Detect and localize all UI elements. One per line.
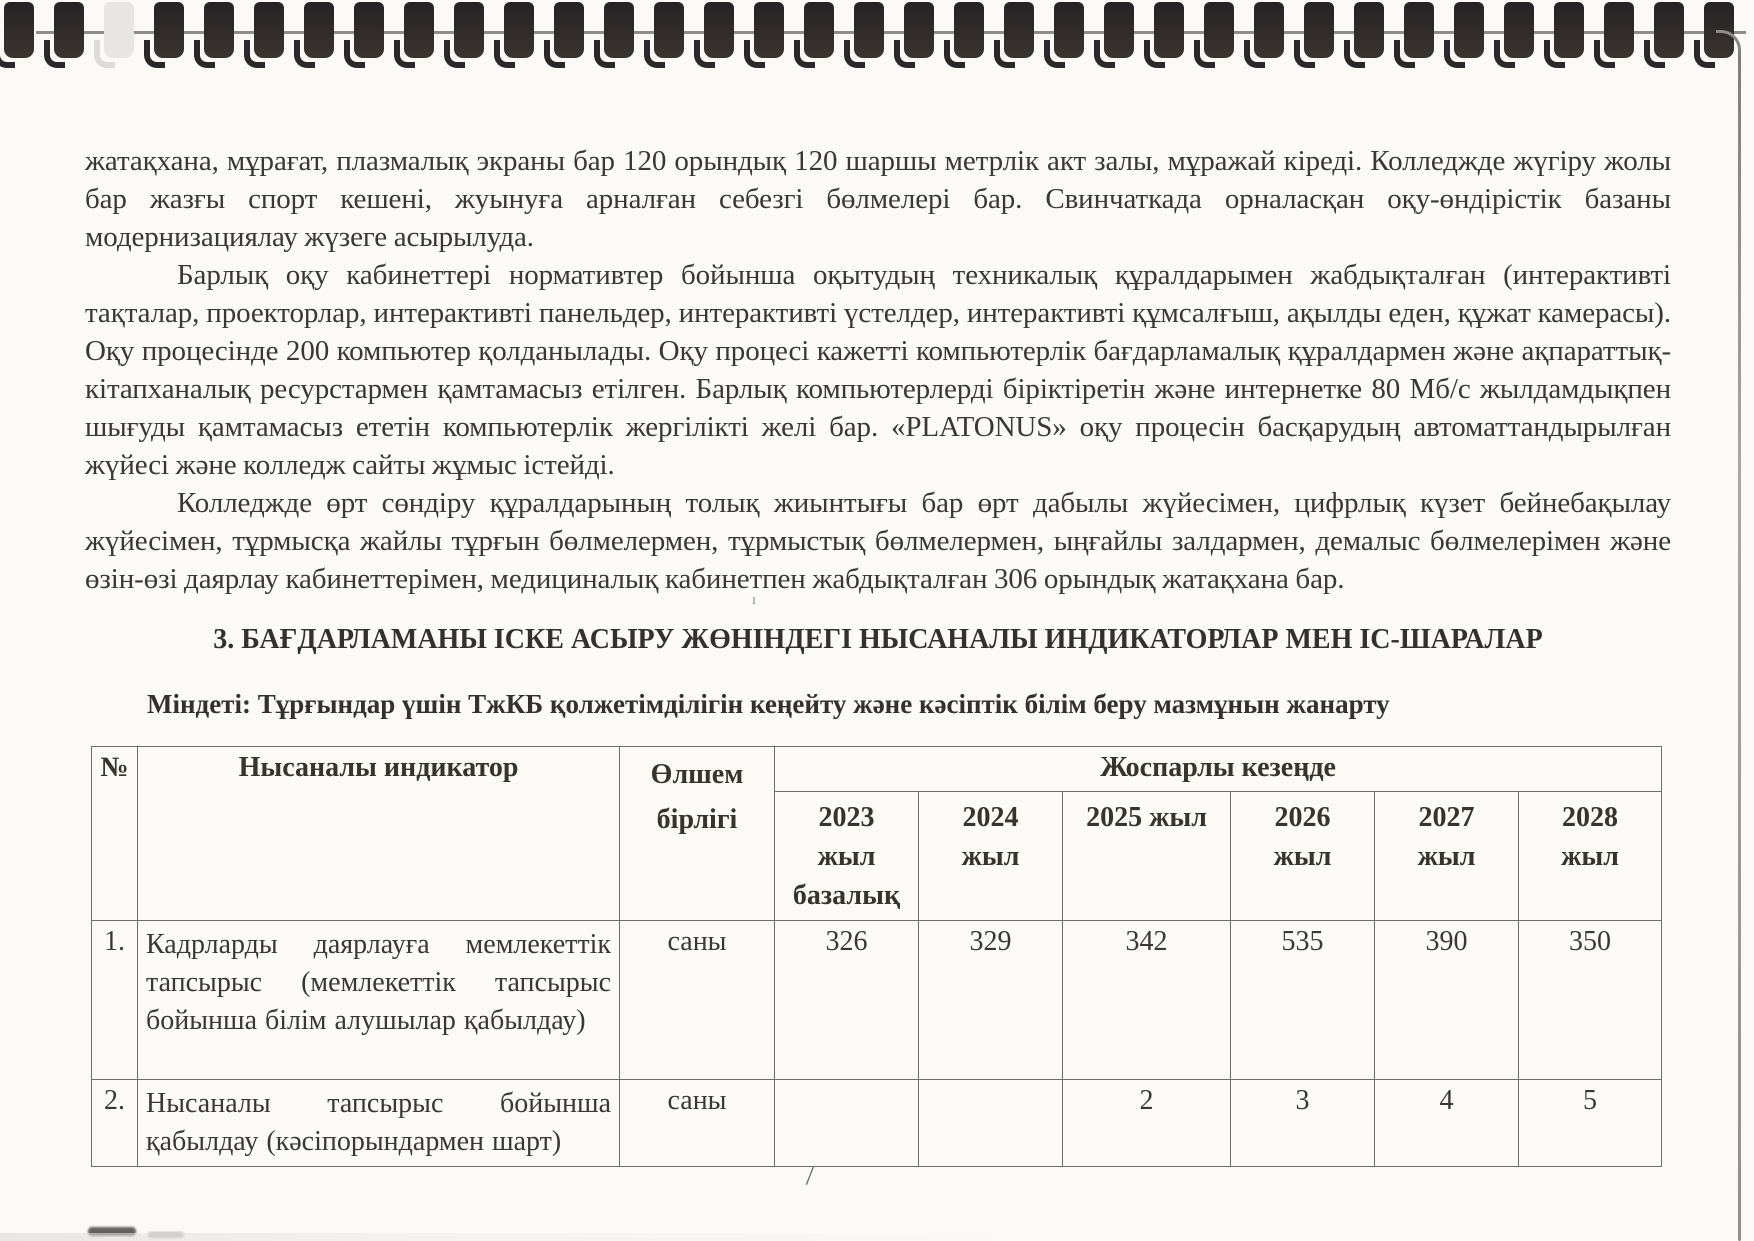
binding-tooth — [1004, 2, 1034, 58]
binding-tooth-hook — [1644, 40, 1665, 68]
binding-spine — [36, 31, 1746, 34]
binding-tooth-hook — [544, 40, 565, 68]
binding-tooth — [304, 2, 334, 58]
value-cell — [919, 1080, 1063, 1167]
binding-tooth-hook — [44, 40, 65, 68]
binding-tooth-hook — [1394, 40, 1415, 68]
scanned-document-page: жатақхана, мұрағат, плазмалық экраны бар… — [0, 0, 1754, 1241]
spiral-binding — [0, 0, 1754, 90]
year-header: 2025 жыл — [1063, 792, 1231, 921]
tiny-scan-speck: ı — [752, 592, 756, 609]
year-header: 2028 жыл — [1519, 792, 1662, 921]
binding-tooth — [1054, 2, 1084, 58]
binding-tooth — [4, 2, 34, 58]
bottom-page-shadow — [0, 1233, 1052, 1241]
binding-tooth-hook — [1244, 40, 1265, 68]
binding-tooth-hook — [1144, 40, 1165, 68]
binding-tooth — [654, 2, 684, 58]
binding-tooth-hook — [1694, 40, 1715, 68]
binding-tooth-hook — [944, 40, 965, 68]
binding-tooth — [804, 2, 834, 58]
binding-tooth — [704, 2, 734, 58]
unit-cell: саны — [620, 1080, 775, 1167]
value-cell: 4 — [1375, 1080, 1519, 1167]
year-header: 2026 жыл — [1231, 792, 1375, 921]
indicators-table: № Нысаналы индикатор Өлшем бірлігі Жоспа… — [91, 746, 1662, 1167]
binding-tooth-hook — [344, 40, 365, 68]
value-cell: 329 — [919, 921, 1063, 1080]
table-row: 2. Нысаналы тапсырыс бойынша қабылдау (к… — [92, 1080, 1662, 1167]
value-cell: 350 — [1519, 921, 1662, 1080]
binding-tooth — [104, 2, 134, 58]
binding-tooth-hook — [1444, 40, 1465, 68]
binding-tooth — [154, 2, 184, 58]
row-number: 1. — [92, 921, 138, 1080]
binding-tooth — [1654, 2, 1684, 58]
binding-tooth — [1254, 2, 1284, 58]
binding-tooth-hook — [194, 40, 215, 68]
binding-tooth — [854, 2, 884, 58]
binding-tooth-hook — [1044, 40, 1065, 68]
binding-tooth-hook — [1344, 40, 1365, 68]
binding-tooth — [954, 2, 984, 58]
unit-cell: саны — [620, 921, 775, 1080]
binding-tooth — [1554, 2, 1584, 58]
value-cell: 3 — [1231, 1080, 1375, 1167]
binding-tooth — [404, 2, 434, 58]
binding-tooth — [504, 2, 534, 58]
binding-tooth — [354, 2, 384, 58]
row-number: 2. — [92, 1080, 138, 1167]
value-cell: 342 — [1063, 921, 1231, 1080]
binding-tooth — [1304, 2, 1334, 58]
binding-tooth — [1604, 2, 1634, 58]
binding-tooth-hook — [1494, 40, 1515, 68]
section-heading: 3. БАҒДАРЛАМАНЫ ІСКЕ АСЫРУ ЖӨНІНДЕГІ НЫС… — [85, 622, 1671, 658]
binding-tooth-hook — [744, 40, 765, 68]
table-header-row: № Нысаналы индикатор Өлшем бірлігі Жоспа… — [92, 747, 1662, 792]
binding-tooth-hook — [644, 40, 665, 68]
col-header-indicator: Нысаналы индикатор — [138, 747, 620, 921]
binding-tooth-hook — [294, 40, 315, 68]
paragraph: Колледжде өрт сөндіру құралдарының толық… — [85, 484, 1671, 598]
value-cell — [775, 1080, 919, 1167]
binding-tooth-hook — [144, 40, 165, 68]
task-line: Міндеті: Тұрғындар үшін ТжКБ қолжетімділ… — [85, 686, 1671, 722]
col-header-unit: Өлшем бірлігі — [620, 747, 775, 921]
binding-tooth-hook — [594, 40, 615, 68]
indicator-cell: Нысаналы тапсырыс бойынша қабылдау (кәсі… — [138, 1080, 620, 1167]
value-cell: 326 — [775, 921, 919, 1080]
binding-tooth-hook — [244, 40, 265, 68]
binding-tooth — [1104, 2, 1134, 58]
binding-tooth-hook — [994, 40, 1015, 68]
binding-tooth-hook — [494, 40, 515, 68]
binding-tooth-hook — [394, 40, 415, 68]
binding-tooth — [1354, 2, 1384, 58]
paragraph: жатақхана, мұрағат, плазмалық экраны бар… — [85, 142, 1671, 256]
value-cell: 5 — [1519, 1080, 1662, 1167]
binding-tooth — [204, 2, 234, 58]
binding-tooth — [254, 2, 284, 58]
indicator-cell: Кадрларды даярлауға мемлекеттік тапсырыс… — [138, 921, 620, 1080]
col-header-num: № — [92, 747, 138, 921]
binding-tooth-hook — [694, 40, 715, 68]
binding-tooth — [604, 2, 634, 58]
year-header: 2027 жыл — [1375, 792, 1519, 921]
paragraph: Барлық оқу кабинеттері нормативтер бойын… — [85, 256, 1671, 484]
value-cell: 390 — [1375, 921, 1519, 1080]
year-header: 2024 жыл — [919, 792, 1063, 921]
binding-tooth — [1454, 2, 1484, 58]
binding-tooth-hook — [0, 40, 15, 68]
binding-tooth-hook — [444, 40, 465, 68]
page-edge — [1738, 52, 1741, 1241]
table-row: 1. Кадрларды даярлауға мемлекеттік тапсы… — [92, 921, 1662, 1080]
col-header-period: Жоспарлы кезеңде — [775, 747, 1662, 792]
value-cell: 2 — [1063, 1080, 1231, 1167]
binding-tooth — [554, 2, 584, 58]
document-body: жатақхана, мұрағат, плазмалық экраны бар… — [85, 142, 1671, 1167]
binding-tooth-hook — [1594, 40, 1615, 68]
binding-tooth-hook — [894, 40, 915, 68]
binding-tooth — [754, 2, 784, 58]
binding-tooth — [454, 2, 484, 58]
binding-tooth-hook — [794, 40, 815, 68]
year-header: 2023 жыл базалық — [775, 792, 919, 921]
binding-tooth-hook — [844, 40, 865, 68]
binding-tooth — [1404, 2, 1434, 58]
binding-tooth-hook — [1194, 40, 1215, 68]
binding-tooth-hook — [1094, 40, 1115, 68]
binding-tooth — [54, 2, 84, 58]
binding-tooth — [1204, 2, 1234, 58]
binding-tooth-hook — [94, 40, 115, 68]
binding-tooth-hook — [1544, 40, 1565, 68]
binding-tooth — [904, 2, 934, 58]
binding-tooth-hook — [1294, 40, 1315, 68]
binding-tooth — [1504, 2, 1534, 58]
value-cell: 535 — [1231, 921, 1375, 1080]
binding-tooth — [1154, 2, 1184, 58]
